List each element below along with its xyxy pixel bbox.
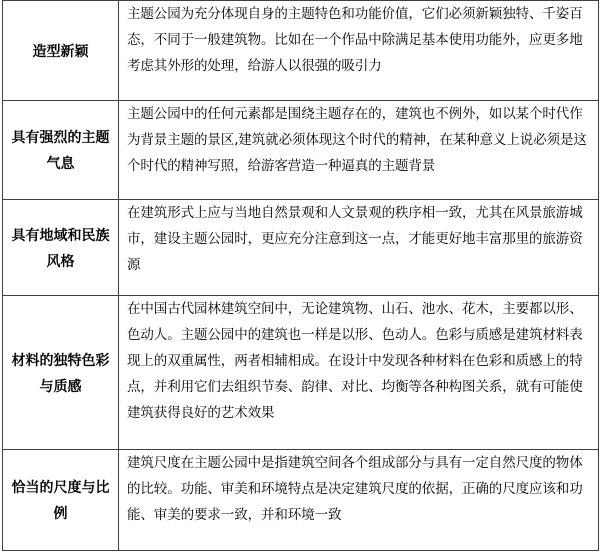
row-content: 在中国古代园林建筑空间中，无论建筑物、山石、池水、花木，主要都以形、色动人。主题… (127, 301, 583, 421)
row-content-cell: 建筑尺度在主题公园中是指建筑空间各个组成部分与具有一定自然尺度的物体的比较。功能… (119, 450, 599, 551)
row-label: 造型新颖 (33, 37, 89, 65)
row-label: 恰当的尺度与比例 (9, 473, 112, 527)
row-label: 材料的独特色彩与质感 (9, 346, 112, 400)
theme-park-architecture-table: 造型新颖 主题公园为充分体现自身的主题特色和功能价值，它们必须新颖独特、千姿百态… (2, 0, 599, 551)
table-row: 恰当的尺度与比例 建筑尺度在主题公园中是指建筑空间各个组成部分与具有一定自然尺度… (3, 450, 599, 551)
row-label: 具有强烈的主题气息 (9, 123, 112, 177)
row-content: 主题公园中的任何元素都是围绕主题存在的，建筑也不例外，如以某个时代作为背景主题的… (127, 106, 587, 174)
row-content: 建筑尺度在主题公园中是指建筑空间各个组成部分与具有一定自然尺度的物体的比较。功能… (127, 455, 583, 523)
table-row: 具有强烈的主题气息 主题公园中的任何元素都是围绕主题存在的，建筑也不例外，如以某… (3, 101, 599, 200)
row-content: 主题公园为充分体现自身的主题特色和功能价值，它们必须新颖独特、千姿百态，不同于一… (127, 6, 583, 74)
row-label-cell: 具有强烈的主题气息 (3, 101, 119, 200)
row-content: 在建筑形式上应与当地自然景观和人文景观的秩序相一致，尤其在风景旅游城市，建设主题… (127, 205, 583, 273)
row-label-cell: 具有地域和民族风格 (3, 200, 119, 296)
table-row: 造型新颖 主题公园为充分体现自身的主题特色和功能价值，它们必须新颖独特、千姿百态… (3, 1, 599, 101)
row-label-cell: 恰当的尺度与比例 (3, 450, 119, 551)
row-content-cell: 在中国古代园林建筑空间中，无论建筑物、山石、池水、花木，主要都以形、色动人。主题… (119, 296, 599, 450)
table-row: 材料的独特色彩与质感 在中国古代园林建筑空间中，无论建筑物、山石、池水、花木，主… (3, 296, 599, 450)
row-label-cell: 材料的独特色彩与质感 (3, 296, 119, 450)
row-content-cell: 主题公园中的任何元素都是围绕主题存在的，建筑也不例外，如以某个时代作为背景主题的… (119, 101, 599, 200)
row-label: 具有地域和民族风格 (9, 221, 112, 275)
row-content-cell: 主题公园为充分体现自身的主题特色和功能价值，它们必须新颖独特、千姿百态，不同于一… (119, 1, 599, 101)
row-content-cell: 在建筑形式上应与当地自然景观和人文景观的秩序相一致，尤其在风景旅游城市，建设主题… (119, 200, 599, 296)
table-row: 具有地域和民族风格 在建筑形式上应与当地自然景观和人文景观的秩序相一致，尤其在风… (3, 200, 599, 296)
row-label-cell: 造型新颖 (3, 1, 119, 101)
